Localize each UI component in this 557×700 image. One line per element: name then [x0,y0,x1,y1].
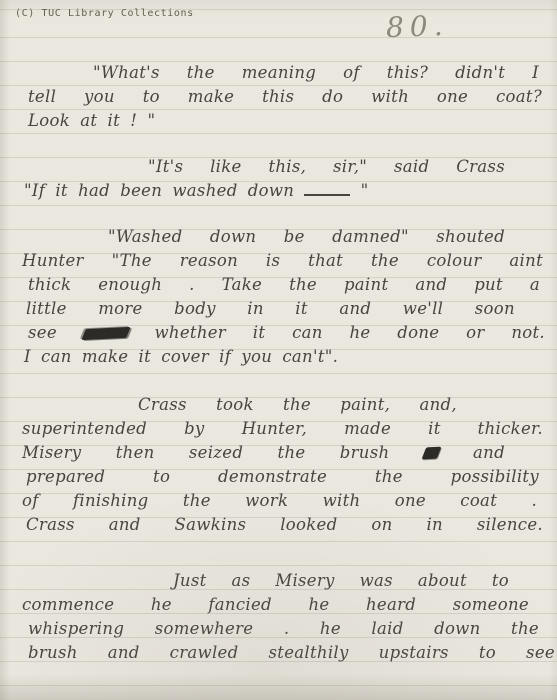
watermark-text: (C) TUC Library Collections [15,8,194,19]
word: silence. [477,515,543,534]
word: laid [371,619,403,638]
word: as [231,571,250,590]
word: whispering [28,619,124,638]
word: Hunter [22,251,84,270]
word: and [339,299,371,318]
word: it [108,111,121,130]
word: washed [172,181,237,200]
manuscript-line: JustasMiserywasaboutto [173,566,509,590]
manuscript-line: Icanmakeitcoverifyoucan't". [24,342,557,366]
manuscript-line: offinishingtheworkwithonecoat. [22,486,537,510]
word: more [98,299,142,318]
word: he [308,595,329,614]
word: sir," [333,157,367,176]
word: put [474,275,503,294]
word: it [295,299,308,318]
word: and [415,275,447,294]
word: shouted [436,227,505,246]
word: "It's [148,157,183,176]
word: seized [189,443,243,462]
word: can [41,347,72,366]
word: done [397,323,439,342]
word: make [188,87,234,106]
word: of [22,491,39,510]
word: took [216,395,254,414]
manuscript-line: tellyoutomakethisdowithonecoat? [28,82,542,106]
word: the [183,491,211,510]
word: work [245,491,288,510]
word: had [78,181,110,200]
word: can [292,323,323,342]
word: can't". [282,347,338,366]
word: . [189,275,195,294]
word: make [82,347,128,366]
word: he [151,595,172,614]
word: cover [161,347,209,366]
manuscript-line: littlemorebodyinitandwe'llsoon [26,294,515,318]
manuscript-line: CrassandSawkinslookedoninsilence. [26,510,543,534]
word: like [210,157,242,176]
word: colour [427,251,482,270]
word: finishing [73,491,149,510]
word: of [343,63,360,82]
manuscript-line: preparedtodemonstratethepossibility [26,462,539,486]
manuscript-line: commencehefanciedheheardsomeone [22,590,529,614]
word: then [116,443,155,462]
word: . [284,619,290,638]
word: this? [387,63,428,82]
word: "The [112,251,152,270]
word: to [153,467,170,486]
word: demonstrate [218,467,327,486]
word: in [247,299,264,318]
word: someone [453,595,529,614]
word: that [308,251,343,270]
word: one [395,491,426,510]
word: didn't [455,63,505,82]
manuscript-text: "What'sthemeaningofthis?didn'tItellyouto… [0,58,557,662]
word: tell [28,87,56,106]
word: "What's [93,63,160,82]
word: and [108,643,140,662]
manuscript-line: Miserythenseizedthebrushand [22,438,505,462]
word: one [437,87,468,106]
crossed-out-word [81,327,130,340]
word: upstairs [379,643,449,662]
word: Look [28,111,70,130]
word: the [187,63,215,82]
word: to [492,571,509,590]
word: Crass [138,395,187,414]
word: brush [28,643,78,662]
manuscript-line: "What'sthemeaningofthis?didn'tI [93,58,539,82]
word: in [426,515,443,534]
word: and [109,515,141,534]
word: enough [98,275,162,294]
word: down [434,619,480,638]
word: coat [460,491,497,510]
word: paint, [340,395,390,414]
word: body [174,299,216,318]
word: fancied [208,595,272,614]
word: looked [280,515,337,534]
word: " [361,181,369,200]
manuscript-page: (C) TUC Library Collections 80. "What'st… [0,0,557,700]
word: this, [268,157,306,176]
word: heard [366,595,416,614]
word: the [278,443,306,462]
word: on [371,515,392,534]
word: down [210,227,256,246]
word: he [320,619,341,638]
word: stealthily [269,643,349,662]
word: little [26,299,67,318]
word: somewhere [155,619,254,638]
manuscript-line: seewhetheritcanhedoneornot. [28,318,545,342]
manuscript-line: Hunter"Thereasonisthatthecolouraint [22,246,543,270]
word: if [219,347,231,366]
word: coat? [496,87,542,106]
manuscript-line: "Washeddownbedamned"shouted [108,222,505,246]
word: this [262,87,294,106]
manuscript-line: Lookatit!" [28,106,557,130]
manuscript-line: "Ifithadbeenwasheddown" [24,176,557,200]
word: to [479,643,496,662]
manuscript-line: whisperingsomewhere.helaiddownthe [28,614,539,638]
word: damned" [332,227,409,246]
manuscript-line: brushandcrawledstealthilyupstairstosee [28,638,555,662]
word: Crass [456,157,505,176]
word: commence [22,595,114,614]
word: not. [511,323,545,342]
word: you [241,347,272,366]
word: with [371,87,409,106]
word: " [147,111,155,130]
word: with [323,491,361,510]
word: crawled [170,643,239,662]
word: whether [154,323,226,342]
word: soon [475,299,515,318]
page-number: 80. [386,9,450,44]
word: superintended [22,419,147,438]
word: Take [222,275,263,294]
word: down [248,181,294,200]
word: possibility [451,467,539,486]
word: he [349,323,370,342]
word: Misery [275,571,334,590]
manuscript-line: Crasstookthepaint,and, [138,390,457,414]
word: about [418,571,467,590]
word: meaning [242,63,316,82]
word: the [283,395,311,414]
word: Crass [26,515,75,534]
word: the [375,467,403,486]
word: the [511,619,539,638]
word: I [532,63,539,82]
word: thicker. [478,419,543,438]
word: is [266,251,280,270]
word: we'll [403,299,443,318]
word: paint [344,275,388,294]
word: the [289,275,317,294]
word: brush [340,443,390,462]
word: I [24,347,31,366]
word: Just [173,571,207,590]
ink-scribble [421,447,441,460]
word: Hunter, [242,419,307,438]
word: by [184,419,204,438]
word: to [143,87,160,106]
word: made [344,419,391,438]
word: said [394,157,429,176]
word: be [284,227,305,246]
word: at [80,111,97,130]
word: . [531,491,537,510]
word: "Washed [108,227,182,246]
word: been [120,181,162,200]
word: or [466,323,484,342]
word: it [139,347,152,366]
word: Misery [22,443,81,462]
word: "If [24,181,45,200]
word: see [526,643,555,662]
word: do [322,87,343,106]
word: Sawkins [175,515,247,534]
word: it [253,323,266,342]
word: aint [509,251,543,270]
word: a [530,275,540,294]
word: and [473,443,505,462]
word: it [55,181,68,200]
word: it [428,419,441,438]
word: you [84,87,115,106]
word: see [28,323,57,342]
manuscript-line: "It'slikethis,sir,"saidCrass [148,152,505,176]
word: ! [130,111,137,130]
word: reason [180,251,238,270]
word: prepared [26,467,105,486]
word: the [371,251,399,270]
manuscript-line: superintendedbyHunter,madeitthicker. [22,414,543,438]
manuscript-line: thickenough.Takethepaintandputa [28,270,540,294]
word: was [360,571,393,590]
word: and, [419,395,456,414]
word: thick [28,275,71,294]
pen-dash-stroke [304,194,350,196]
